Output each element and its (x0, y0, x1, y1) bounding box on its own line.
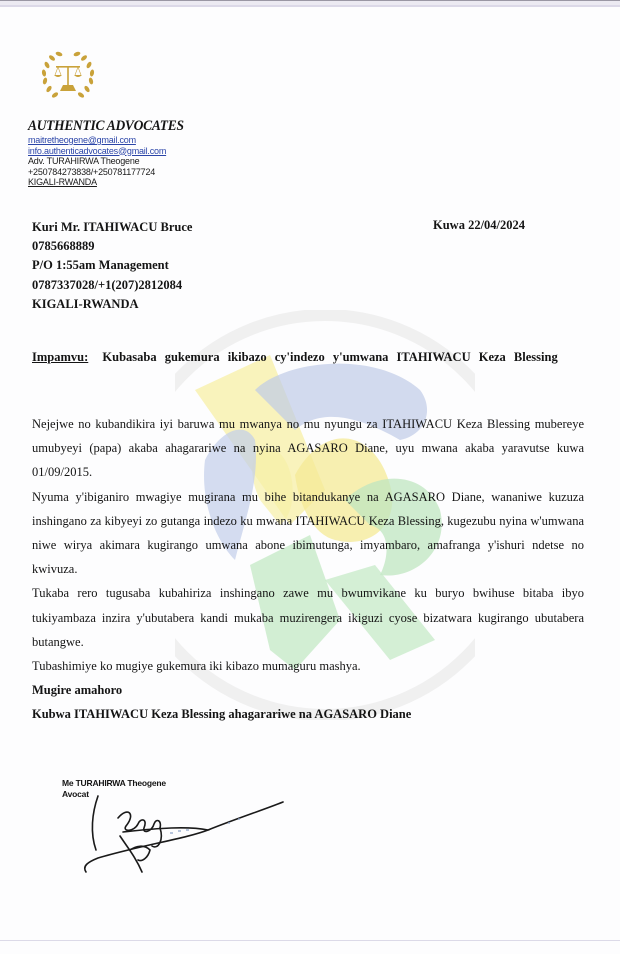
firm-name: AUTHENTIC ADVOCATES (28, 118, 184, 135)
firm-phones: +250784273838/+250781177724 (28, 167, 195, 178)
advocate-name: Adv. TURAHIRWA Theogene (28, 156, 195, 167)
recipient-phone: 0785668889 (32, 237, 192, 256)
email-link-2[interactable]: info.authenticadvocates@gmail.com (28, 146, 195, 157)
subject-line: Impamvu: Kubasaba gukemura ikibazo cy'in… (32, 345, 584, 369)
closing-salutation: Mugire amahoro (32, 678, 584, 702)
body-paragraph-4: Tubashimiye ko mugiye gukemura iki kibaz… (32, 654, 584, 678)
body-paragraph-1: Nejejwe no kubandikira iyi baruwa mu mwa… (32, 412, 584, 485)
letter-body: Nejejwe no kubandikira iyi baruwa mu mwa… (32, 412, 584, 727)
recipient-name: Kuri Mr. ITAHIWACU Bruce (32, 218, 192, 237)
scales-of-justice-logo-icon (38, 45, 98, 105)
recipient-location: KIGALI-RWANDA (32, 295, 192, 314)
top-border (0, 0, 620, 7)
letter-date: Kuwa 22/04/2024 (433, 218, 525, 233)
bottom-border (0, 940, 620, 941)
handwritten-signature-icon (78, 788, 288, 878)
recipient-organization: P/O 1:55am Management (32, 256, 192, 275)
recipient-block: Kuri Mr. ITAHIWACU Bruce 0785668889 P/O … (32, 218, 192, 314)
letterhead: AUTHENTIC ADVOCATES maitretheogene@gmail… (28, 118, 195, 188)
sender-line: Kubwa ITAHIWACU Keza Blessing ahagarariw… (32, 702, 584, 726)
email-link-1[interactable]: maitretheogene@gmail.com (28, 135, 195, 146)
subject-label: Impamvu: (32, 350, 88, 364)
body-paragraph-2: Nyuma y'ibiganiro mwagiye mugirana mu bi… (32, 485, 584, 582)
recipient-phones: 0787337028/+1(207)2812084 (32, 276, 192, 295)
subject-text: Kubasaba gukemura ikibazo cy'indezo y'um… (102, 350, 557, 364)
firm-location: KIGALI-RWANDA (28, 177, 195, 188)
body-paragraph-3: Tukaba rero tugusaba kubahiriza inshinga… (32, 581, 584, 654)
